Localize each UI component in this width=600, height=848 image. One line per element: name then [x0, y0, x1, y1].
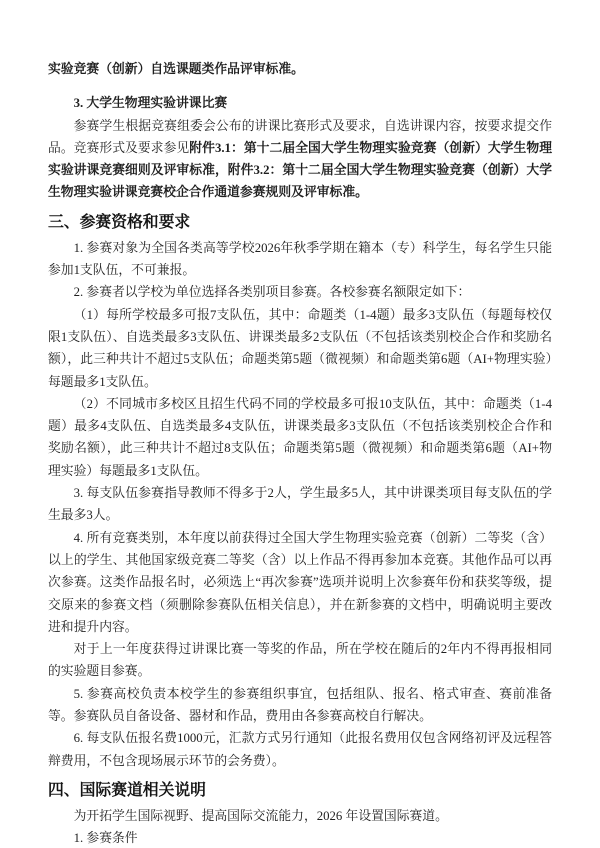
paragraph-carryover: 实验竞赛（创新）自选课题类作品评审标准。: [48, 58, 552, 80]
eligibility-item-5: 5. 参赛高校负责本校学生的参赛组织事宜，包括组队、报名、格式审查、赛前准备等。…: [48, 683, 552, 728]
subsection-heading-lecture-contest: 3. 大学生物理实验讲课比赛: [48, 92, 552, 114]
international-track-item-1: 1. 参赛条件: [48, 827, 552, 848]
international-track-intro: 为开拓学生国际视野、提高国际交流能力，2026 年设置国际赛道。: [48, 805, 552, 827]
eligibility-item-4-followup: 对于上一年度获得过讲课比赛一等奖的作品，所在学校在随后的2年内不得再报相同的实验…: [48, 638, 552, 683]
eligibility-item-3: 3. 每支队伍参赛指导教师不得多于2人，学生最多5人，其中讲课类项目每支队伍的学…: [48, 482, 552, 527]
document-page: 实验竞赛（创新）自选课题类作品评审标准。 3. 大学生物理实验讲课比赛 参赛学生…: [0, 0, 600, 848]
paragraph-lecture-contest-rules: 参赛学生根据竞赛组委会公布的讲课比赛形式及要求，自选讲课内容，按要求提交作品。竞…: [48, 115, 552, 204]
eligibility-item-4: 4. 所有竞赛类别，本年度以前获得过全国大学生物理实验竞赛（创新）二等奖（含）以…: [48, 527, 552, 638]
eligibility-item-2: 2. 参赛者以学校为单位选择各类别项目参赛。各校参赛名额限定如下：: [48, 281, 552, 303]
eligibility-item-6: 6. 每支队伍报名费1000元，汇款方式另行通知（此报名费用仅包含网络初评及远程…: [48, 727, 552, 772]
eligibility-item-2-sub-1: （1）每所学校最多可报7支队伍，其中：命题类（1-4题）最多3支队伍（每题每校仅…: [48, 304, 552, 393]
section-heading-eligibility: 三、参赛资格和要求: [48, 209, 552, 236]
section-heading-international-track: 四、国际赛道相关说明: [48, 777, 552, 804]
eligibility-item-1: 1. 参赛对象为全国各类高等学校2026年秋季学期在籍本（专）科学生，每名学生只…: [48, 237, 552, 282]
eligibility-item-2-sub-2: （2）不同城市多校区且招生代码不同的学校最多可报10支队伍，其中：命题类（1-4…: [48, 393, 552, 482]
